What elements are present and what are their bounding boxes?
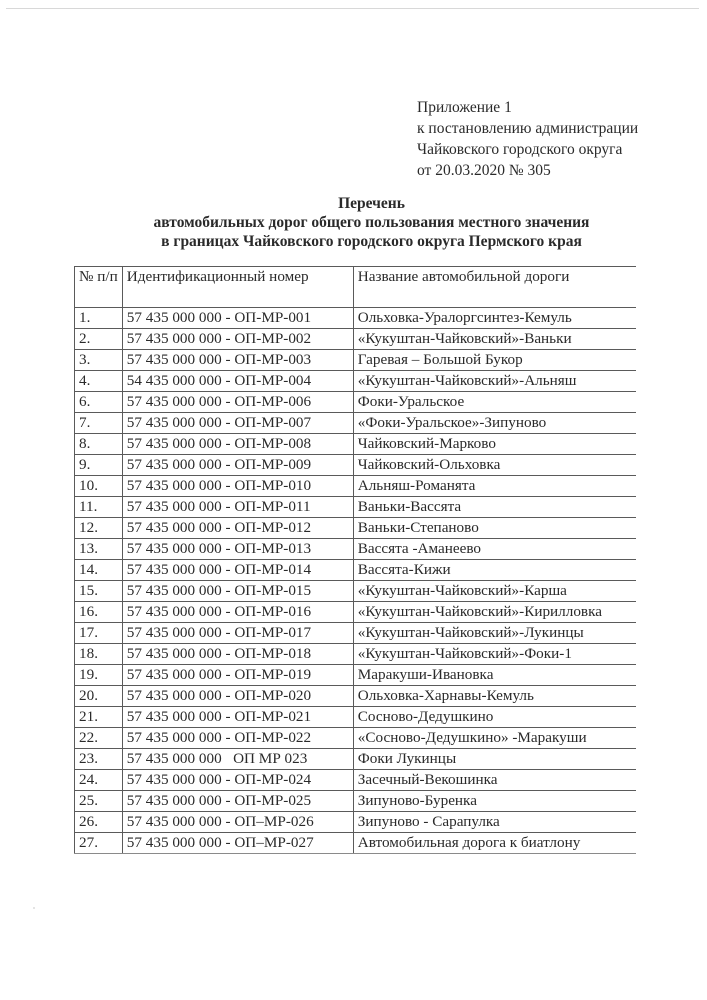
table-row: 9.57 435 000 000 - ОП-МР-009Чайковский-О… [75,455,636,476]
row-road-name: Ваньки-Вассята [353,497,636,518]
table-row: 1.57 435 000 000 - ОП-МР-001Ольховка-Ура… [75,308,636,329]
table-header-row: № п/п Идентификационный номер Название а… [75,267,636,308]
row-identifier: 57 435 000 000 - ОП-МР-022 [122,728,353,749]
row-number: 9. [75,455,123,476]
row-road-name: «Кукуштан-Чайковский»-Фоки-1 [353,644,636,665]
row-identifier: 57 435 000 000 - ОП-МР-006 [122,392,353,413]
table-row: 22.57 435 000 000 - ОП-МР-022«Сосново-Де… [75,728,636,749]
table-row: 16.57 435 000 000 - ОП-МР-016«Кукуштан-Ч… [75,602,636,623]
row-identifier: 57 435 000 000 - ОП-МР-011 [122,497,353,518]
appendix-line-1: Приложение 1 [417,97,638,118]
row-number: 8. [75,434,123,455]
row-number: 14. [75,560,123,581]
table-row: 18.57 435 000 000 - ОП-МР-018«Кукуштан-Ч… [75,644,636,665]
table-body: 1.57 435 000 000 - ОП-МР-001Ольховка-Ура… [75,308,636,854]
row-identifier: 57 435 000 000 ОП МР 023 [122,749,353,770]
row-identifier: 57 435 000 000 - ОП-МР-018 [122,644,353,665]
row-road-name: Засечный-Векошинка [353,770,636,791]
table-row: 14.57 435 000 000 - ОП-МР-014Вассята-Киж… [75,560,636,581]
row-number: 10. [75,476,123,497]
table-row: 7.57 435 000 000 - ОП-МР-007«Фоки-Уральс… [75,413,636,434]
row-number: 11. [75,497,123,518]
row-number: 26. [75,812,123,833]
header-road-name: Название автомобильной дороги [353,267,636,308]
table-row: 15.57 435 000 000 - ОП-МР-015«Кукуштан-Ч… [75,581,636,602]
row-number: 27. [75,833,123,854]
row-road-name: Зипуново-Буренка [353,791,636,812]
table-row: 3.57 435 000 000 - ОП-МР-003Гаревая – Бо… [75,350,636,371]
row-number: 25. [75,791,123,812]
row-number: 1. [75,308,123,329]
header-number: № п/п [75,267,123,308]
row-road-name: Чайковский-Марково [353,434,636,455]
table-row: 24.57 435 000 000 - ОП-МР-024Засечный-Ве… [75,770,636,791]
row-road-name: Ольховка-Харнавы-Кемуль [353,686,636,707]
row-number: 2. [75,329,123,350]
row-road-name: Фоки-Уральское [353,392,636,413]
document-title: Перечень автомобильных дорог общего поль… [0,194,707,251]
row-road-name: Вассята-Кижи [353,560,636,581]
row-identifier: 57 435 000 000 - ОП–МР-027 [122,833,353,854]
table-row: 6.57 435 000 000 - ОП-МР-006Фоки-Уральск… [75,392,636,413]
row-number: 3. [75,350,123,371]
row-number: 17. [75,623,123,644]
appendix-block: Приложение 1 к постановлению администрац… [417,97,638,181]
row-number: 7. [75,413,123,434]
row-identifier: 57 435 000 000 - ОП-МР-024 [122,770,353,791]
row-identifier: 57 435 000 000 - ОП-МР-015 [122,581,353,602]
row-road-name: Маракуши-Ивановка [353,665,636,686]
row-identifier: 57 435 000 000 - ОП-МР-001 [122,308,353,329]
row-identifier: 57 435 000 000 - ОП-МР-002 [122,329,353,350]
row-number: 22. [75,728,123,749]
row-identifier: 57 435 000 000 - ОП-МР-021 [122,707,353,728]
row-identifier: 57 435 000 000 - ОП-МР-017 [122,623,353,644]
row-number: 16. [75,602,123,623]
table-row: 8.57 435 000 000 - ОП-МР-008Чайковский-М… [75,434,636,455]
table-row: 12.57 435 000 000 - ОП-МР-012Ваньки-Степ… [75,518,636,539]
table-row: 19.57 435 000 000 - ОП-МР-019Маракуши-Ив… [75,665,636,686]
table-row: 27.57 435 000 000 - ОП–МР-027Автомобильн… [75,833,636,854]
row-identifier: 57 435 000 000 - ОП-МР-003 [122,350,353,371]
row-number: 12. [75,518,123,539]
header-identifier: Идентификационный номер [122,267,353,308]
row-identifier: 57 435 000 000 - ОП-МР-007 [122,413,353,434]
row-road-name: Ольховка-Уралоргсинтез-Кемуль [353,308,636,329]
row-road-name: Чайковский-Ольховка [353,455,636,476]
row-identifier: 57 435 000 000 - ОП-МР-012 [122,518,353,539]
table-row: 10.57 435 000 000 - ОП-МР-010Альняш-Рома… [75,476,636,497]
row-identifier: 57 435 000 000 - ОП-МР-019 [122,665,353,686]
table-row: 25.57 435 000 000 - ОП-МР-025Зипуново-Бу… [75,791,636,812]
row-identifier: 57 435 000 000 - ОП-МР-016 [122,602,353,623]
row-road-name: «Кукуштан-Чайковский»-Карша [353,581,636,602]
row-number: 20. [75,686,123,707]
row-road-name: «Кукуштан-Чайковский»-Альняш [353,371,636,392]
table-row: 21.57 435 000 000 - ОП-МР-021Сосново-Дед… [75,707,636,728]
row-road-name: «Кукуштан-Чайковский»-Лукинцы [353,623,636,644]
table-row: 20.57 435 000 000 - ОП-МР-020Ольховка-Ха… [75,686,636,707]
row-road-name: Вассята -Аманеево [353,539,636,560]
table-row: 23.57 435 000 000 ОП МР 023Фоки Лукинцы [75,749,636,770]
roads-table: № п/п Идентификационный номер Название а… [74,266,636,854]
row-number: 21. [75,707,123,728]
row-road-name: Ваньки-Степаново [353,518,636,539]
title-line-2: автомобильных дорог общего пользования м… [18,213,707,232]
row-identifier: 57 435 000 000 - ОП-МР-013 [122,539,353,560]
row-road-name: «Кукуштан-Чайковский»-Ваньки [353,329,636,350]
appendix-line-2: к постановлению администрации [417,118,638,139]
row-number: 24. [75,770,123,791]
appendix-line-3: Чайковского городского округа [417,139,638,160]
table-row: 13.57 435 000 000 - ОП-МР-013Вассята -Ам… [75,539,636,560]
row-identifier: 57 435 000 000 - ОП-МР-014 [122,560,353,581]
row-number: 19. [75,665,123,686]
table-row: 17.57 435 000 000 - ОП-МР-017«Кукуштан-Ч… [75,623,636,644]
row-road-name: Гаревая – Большой Букор [353,350,636,371]
row-road-name: «Сосново-Дедушкино» -Маракуши [353,728,636,749]
row-identifier: 57 435 000 000 - ОП-МР-008 [122,434,353,455]
row-number: 15. [75,581,123,602]
table-row: 2.57 435 000 000 - ОП-МР-002«Кукуштан-Ча… [75,329,636,350]
row-number: 23. [75,749,123,770]
appendix-date-line: от 20.03.2020 № 305 [417,160,638,181]
row-road-name: Автомобильная дорога к биатлону [353,833,636,854]
row-identifier: 57 435 000 000 - ОП-МР-009 [122,455,353,476]
row-identifier: 57 435 000 000 - ОП-МР-020 [122,686,353,707]
table-row: 26.57 435 000 000 - ОП–МР-026Зипуново - … [75,812,636,833]
row-road-name: Фоки Лукинцы [353,749,636,770]
row-road-name: Зипуново - Сарапулка [353,812,636,833]
table-row: 4.54 435 000 000 - ОП-МР-004«Кукуштан-Ча… [75,371,636,392]
row-road-name: Альняш-Романята [353,476,636,497]
row-number: 6. [75,392,123,413]
row-identifier: 57 435 000 000 - ОП-МР-025 [122,791,353,812]
row-road-name: «Кукуштан-Чайковский»-Кирилловка [353,602,636,623]
row-identifier: 57 435 000 000 - ОП-МР-010 [122,476,353,497]
row-number: 18. [75,644,123,665]
scan-speck [33,907,35,909]
title-line-3: в границах Чайковского городского округа… [18,232,707,251]
row-identifier: 57 435 000 000 - ОП–МР-026 [122,812,353,833]
table-row: 11.57 435 000 000 - ОП-МР-011Ваньки-Васс… [75,497,636,518]
row-road-name: «Фоки-Уральское»-Зипуново [353,413,636,434]
row-number: 4. [75,371,123,392]
row-road-name: Сосново-Дедушкино [353,707,636,728]
row-number: 13. [75,539,123,560]
row-identifier: 54 435 000 000 - ОП-МР-004 [122,371,353,392]
scan-edge-line [6,8,699,9]
title-line-1: Перечень [18,194,707,213]
